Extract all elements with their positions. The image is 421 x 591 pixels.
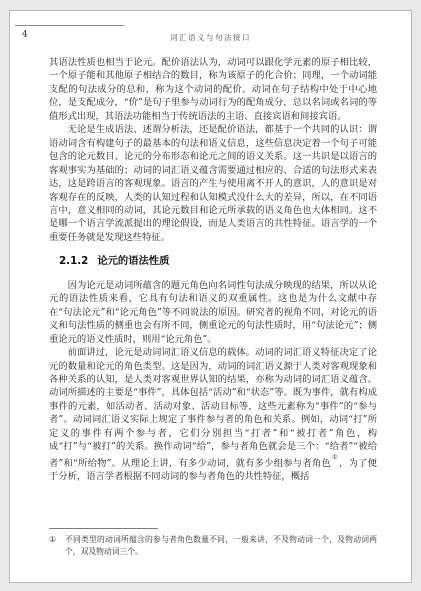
footnote-area: ① 不同类型的动词所蕴含的参与者角色数量不同，一般来讲，不及物动词一个，及物动词… <box>49 528 377 557</box>
footnote-marker: ① <box>49 534 65 557</box>
paragraph: 前面讲过，论元是动词词汇语义信息的载体。动词的词汇语义特征决定了论元的数量和论元… <box>49 346 377 484</box>
footnote-text: 不同类型的动词所蕴含的参与者角色数量不同，一般来讲，不及物动词一个，及物动词两个… <box>65 534 377 557</box>
paragraph-continuation: 其语法性质也相当于论元。配价语法认为，动词可以跟化学元素的原子相比较，一个原子能… <box>49 56 377 123</box>
header-rule <box>15 25 124 26</box>
document-page: 4 词汇语义与句法接口 其语法性质也相当于论元。配价语法认为，动词可以跟化学元素… <box>9 10 412 583</box>
document-viewport: 4 词汇语义与句法接口 其语法性质也相当于论元。配价语法认为，动词可以跟化学元素… <box>0 0 421 591</box>
footnote-reference: ① <box>332 453 338 461</box>
paragraph-text: 前面讲过，论元是动词词汇语义信息的载体。动词的词汇语义特征决定了论元的数量和论元… <box>49 347 377 469</box>
section-heading: 2.1.2论元的语法性质 <box>59 255 377 268</box>
section-title: 论元的语法性质 <box>97 255 169 267</box>
page-body: 其语法性质也相当于论元。配价语法认为，动词可以跟化学元素的原子相比较，一个原子能… <box>49 56 377 484</box>
running-head: 词汇语义与句法接口 <box>10 32 411 43</box>
paragraph: 无论是生成语法、述谓分析法，还是配价语法，都基于一个共同的认识：谓语动词含有构建… <box>49 123 377 244</box>
section-number: 2.1.2 <box>59 255 88 267</box>
paragraph: 因为论元是动词所蕴含的题元角色向名词性句法成分映现的结果，所以从论元的语法性质来… <box>49 279 377 346</box>
footnote-rule <box>49 528 158 529</box>
footnote: ① 不同类型的动词所蕴含的参与者角色数量不同，一般来讲，不及物动词一个，及物动词… <box>49 534 377 557</box>
